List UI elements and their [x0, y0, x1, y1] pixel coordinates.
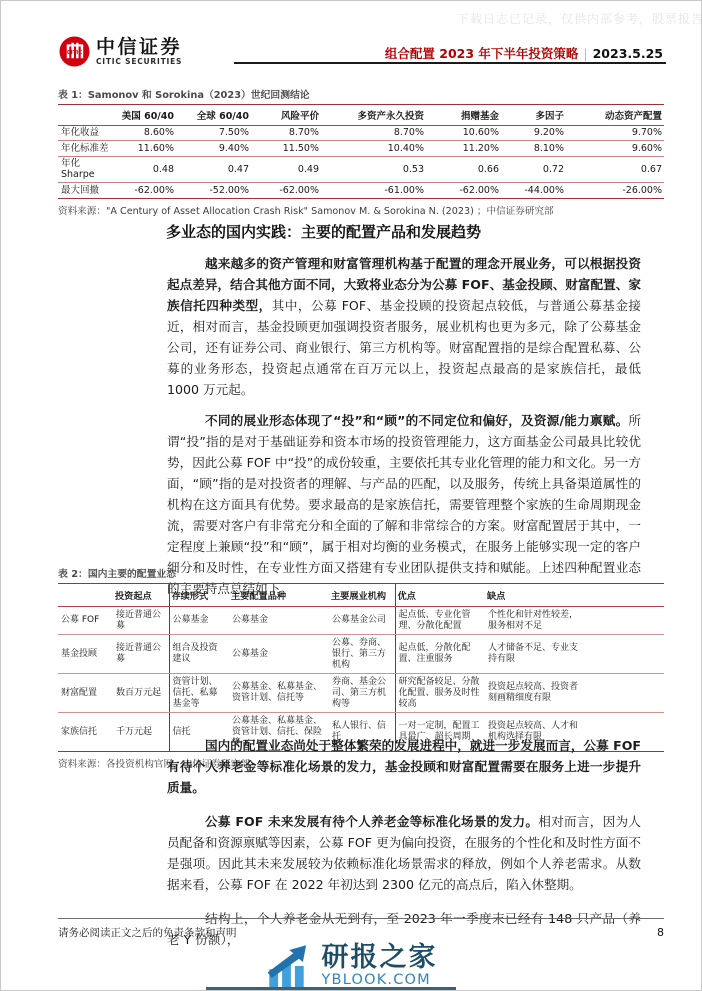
table-cell: -61.00%	[321, 183, 426, 199]
table-cell: 公募基金、私募基金、资管计划、信托等	[229, 674, 329, 713]
svg-text:CITIC: CITIC	[67, 50, 82, 56]
report-header-title: 组合配置 2023 年下半年投资策略|2023.5.25	[385, 44, 663, 62]
table-header-cell: 美国 60/40	[116, 105, 176, 126]
table-cell: 0.49	[251, 156, 321, 183]
brand-name-cn: 中信证券	[96, 37, 182, 57]
table-cell: 组合及投资建议	[169, 635, 229, 674]
table-row: 基金投顾接近普通公募组合及投资建议公募基金公募、券商、银行、第三方机构起点低，分…	[58, 635, 664, 674]
table-cell: -62.00%	[251, 183, 321, 199]
table-cell: 8.60%	[116, 125, 176, 141]
row-label: 公募 FOF	[58, 607, 113, 635]
table-cell: -62.00%	[116, 183, 176, 199]
footer: 请务必阅读正文之后的免责条款和声明 8	[58, 925, 664, 940]
table-cell: 0.48	[116, 156, 176, 183]
section-heading: 多业态的国内实践：主要的配置产品和发展趋势	[166, 221, 644, 242]
report-date: 2023.5.25	[593, 46, 663, 61]
table-header-cell: 主要展业机构	[329, 584, 395, 607]
table-header-cell: 多因子	[501, 105, 566, 126]
table-cell: 0.67	[566, 156, 664, 183]
table-cell: 公募基金	[229, 607, 329, 635]
row-label: 年化标准差	[58, 141, 116, 157]
table-header-cell	[58, 584, 113, 607]
row-label: 年化收益	[58, 125, 116, 141]
title-date-separator: |	[578, 46, 592, 61]
yblook-watermark-logo: 研报之家 YBLOOK.COM	[265, 942, 438, 990]
table-cell: 公募、券商、银行、第三方机构	[329, 635, 395, 674]
brand-text: 中信证券 CITIC SECURITIES	[96, 37, 182, 66]
table-header-row: 美国 60/40全球 60/40风险平价多资产永久投资捐赠基金多因子动态资产配置	[58, 105, 664, 126]
table1-block: 表 1：Samonov 和 Sorokina（2023）世纪回测结论 美国 60…	[58, 87, 664, 217]
table-cell: 0.53	[321, 156, 426, 183]
table-row: 最大回撤-62.00%-52.00%-62.00%-61.00%-62.00%-…	[58, 183, 664, 199]
table-header-cell: 全球 60/40	[176, 105, 251, 126]
table-cell: 9.40%	[176, 141, 251, 157]
table-row: 年化收益8.60%7.50%8.70%8.70%10.60%9.20%9.70%	[58, 125, 664, 141]
table-cell: 0.72	[501, 156, 566, 183]
row-label: 家族信托	[58, 713, 113, 752]
bar-chart-arrow-icon	[265, 942, 313, 990]
table-cell: 9.20%	[501, 125, 566, 141]
table-cell: -62.00%	[426, 183, 501, 199]
citic-brand: CITIC 中信证券 CITIC SECURITIES	[59, 36, 182, 67]
table-cell: 9.70%	[566, 125, 664, 141]
text-run: 公募 FOF 未来发展有待个人养老金等标准化场景的发力。	[205, 814, 538, 829]
backtest-table: 美国 60/40全球 60/40风险平价多资产永久投资捐赠基金多因子动态资产配置…	[58, 104, 664, 199]
table-cell: 数百万元起	[113, 674, 169, 713]
table-cell: 8.70%	[251, 125, 321, 141]
table-header-cell: 动态资产配置	[566, 105, 664, 126]
table-cell: 8.70%	[321, 125, 426, 141]
table-cell: 千万元起	[113, 713, 169, 752]
table-cell: 11.50%	[251, 141, 321, 157]
footer-rule	[58, 918, 664, 919]
table-cell: 投资起点较高、投资者刻画精细度有限	[485, 674, 664, 713]
site-domain: YBLOOK.COM	[322, 972, 438, 989]
paragraph: 公募 FOF 未来发展有待个人养老金等标准化场景的发力。相对而言，因为人员配备和…	[167, 811, 641, 895]
table1-title: 表 1：Samonov 和 Sorokina（2023）世纪回测结论	[58, 87, 664, 101]
row-label: 基金投顾	[58, 635, 113, 674]
row-label: 财富配置	[58, 674, 113, 713]
table-cell: 个性化和针对性较差，服务相对不足	[485, 607, 664, 635]
row-label: 最大回撤	[58, 183, 116, 199]
table-cell: 人才储备不足、专业支持有限	[485, 635, 664, 674]
top-watermark: 下载日志已记录，仅供内部参考，股票报告网	[457, 10, 702, 27]
table-header-cell: 投资起点	[113, 584, 169, 607]
business-modes-table: 投资起点存续形式主要配置品种主要展业机构优点缺点公募 FOF接近普通公募公募基金…	[58, 583, 664, 752]
table-cell: 资管计划、信托、私募基金等	[169, 674, 229, 713]
paragraph: 越来越多的资产管理和财富管理机构基于配置的理念开展业务，可以根据投资起点差异，结…	[167, 253, 641, 400]
bottom-cropped-banner	[206, 987, 456, 990]
table-cell: 公募基金	[229, 635, 329, 674]
table-cell: 接近普通公募	[113, 635, 169, 674]
table-cell: 8.10%	[501, 141, 566, 157]
table-cell: 7.50%	[176, 125, 251, 141]
table-header-cell: 主要配置品种	[229, 584, 329, 607]
table-header-cell: 存续形式	[169, 584, 229, 607]
table-cell: 起点低，分散化配置、注重服务	[395, 635, 485, 674]
header-rule	[234, 62, 666, 64]
table2-title: 表 2：国内主要的配置业态	[58, 566, 664, 580]
table-cell: 起点低、专业化管理、分散化配置	[395, 607, 485, 635]
table-cell: 11.60%	[116, 141, 176, 157]
table-row: 年化标准差11.60%9.40%11.50%10.40%11.20%8.10%9…	[58, 141, 664, 157]
table-header-row: 投资起点存续形式主要配置品种主要展业机构优点缺点	[58, 584, 664, 607]
table-row: 公募 FOF接近普通公募公募基金公募基金公募基金公司起点低、专业化管理、分散化配…	[58, 607, 664, 635]
table-cell: 10.40%	[321, 141, 426, 157]
table-header-cell: 缺点	[485, 584, 664, 607]
table-cell: 0.47	[176, 156, 251, 183]
row-label: 年化 Sharpe	[58, 156, 116, 183]
table-header-cell: 风险平价	[251, 105, 321, 126]
table-header-cell	[58, 105, 116, 126]
table-cell: 公募基金公司	[329, 607, 395, 635]
table-cell: 研究配备较足、分散化配置、服务及时性较高	[395, 674, 485, 713]
site-name: 研报之家	[322, 944, 438, 972]
table-row: 财富配置数百万元起资管计划、信托、私募基金等公募基金、私募基金、资管计划、信托等…	[58, 674, 664, 713]
table-cell: 接近普通公募	[113, 607, 169, 635]
paragraph: 国内的配置业态尚处于整体繁荣的发展进程中，就进一步发展而言，公募 FOF 有待个…	[167, 735, 641, 798]
table-header-cell: 捐赠基金	[426, 105, 501, 126]
table1-source: 资料来源："A Century of Asset Allocation Cras…	[58, 203, 664, 217]
table-cell: 券商、基金公司、第三方机构等	[329, 674, 395, 713]
table-cell: -26.00%	[566, 183, 664, 199]
text-run: 不同的展业形态体现了“投”和“顾”的不同定位和偏好，及资源/能力禀赋。	[205, 413, 628, 428]
table-cell: -52.00%	[176, 183, 251, 199]
table-header-cell: 多资产永久投资	[321, 105, 426, 126]
table-cell: 公募基金	[169, 607, 229, 635]
page-number: 8	[657, 926, 664, 939]
report-title: 组合配置 2023 年下半年投资策略	[385, 46, 579, 61]
table-header-cell: 优点	[395, 584, 485, 607]
table-cell: 11.20%	[426, 141, 501, 157]
citic-logo-icon: CITIC	[59, 36, 90, 67]
site-logo-text: 研报之家 YBLOOK.COM	[322, 944, 438, 989]
table-cell: 0.66	[426, 156, 501, 183]
table-cell: -44.00%	[501, 183, 566, 199]
brand-name-en: CITIC SECURITIES	[96, 57, 182, 66]
table-row: 年化 Sharpe0.480.470.490.530.660.720.67	[58, 156, 664, 183]
body-paragraphs-1: 越来越多的资产管理和财富管理机构基于配置的理念开展业务，可以根据投资起点差异，结…	[167, 253, 641, 609]
table-cell: 10.60%	[426, 125, 501, 141]
table-cell: 9.60%	[566, 141, 664, 157]
footer-disclaimer: 请务必阅读正文之后的免责条款和声明	[58, 925, 237, 940]
report-page: 下载日志已记录，仅供内部参考，股票报告网 CITIC 中信证券 CITIC SE…	[0, 0, 702, 991]
text-run: 国内的配置业态尚处于整体繁荣的发展进程中，就进一步发展而言，公募 FOF 有待个…	[167, 738, 641, 795]
